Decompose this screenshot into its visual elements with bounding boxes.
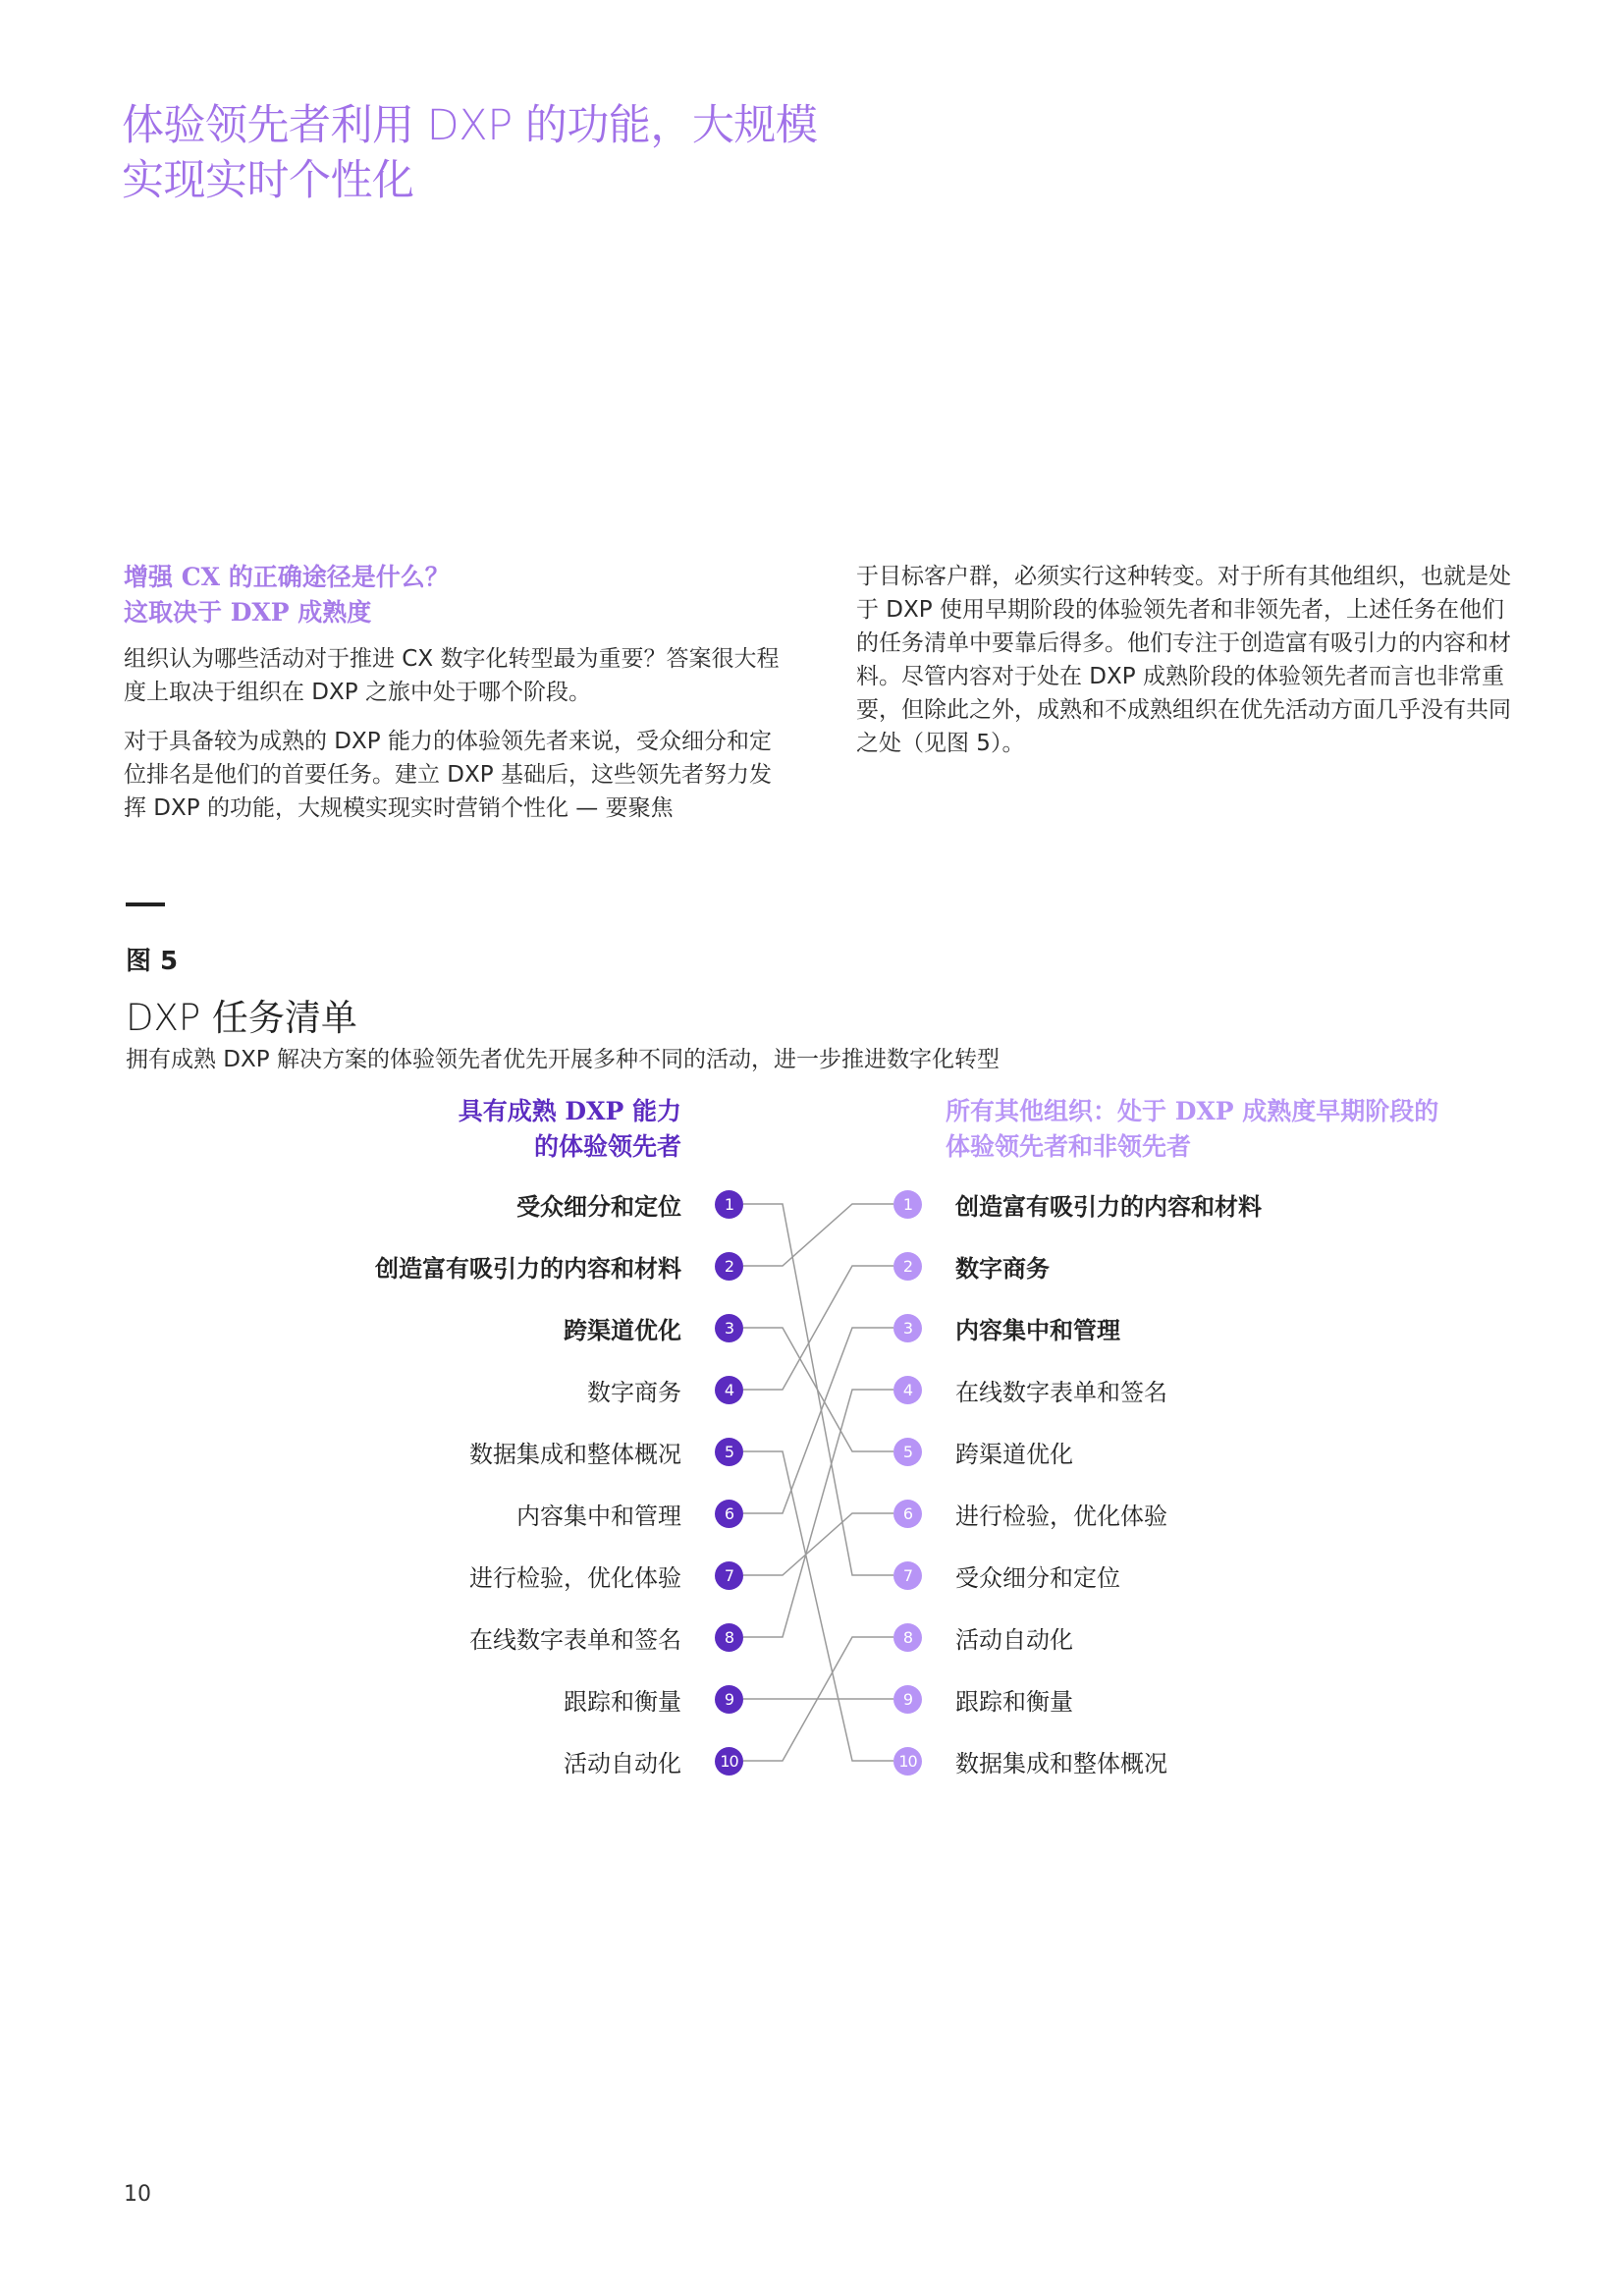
rank-item-label: 数据集成和整体概况 (469, 1435, 681, 1469)
other-rank-item: 6进行检验，优化体验 (893, 1494, 1167, 1533)
other-rank-item: 1创造富有吸引力的内容和材料 (893, 1184, 1262, 1224)
rank-number-badge: 10 (715, 1747, 743, 1776)
connector-line (743, 1451, 893, 1761)
rank-item-label: 进行检验，优化体验 (955, 1497, 1167, 1531)
rank-number-badge: 5 (893, 1438, 922, 1466)
rank-number-badge: 6 (715, 1500, 743, 1528)
mature-rank-item: 活动自动化10 (564, 1741, 743, 1780)
rank-number-badge: 7 (893, 1561, 922, 1590)
rank-number-badge: 7 (715, 1561, 743, 1590)
rank-number-badge: 6 (893, 1500, 922, 1528)
connector-line (743, 1328, 893, 1513)
rank-item-label: 跟踪和衡量 (564, 1682, 681, 1717)
mature-rank-item: 进行检验，优化体验7 (469, 1556, 743, 1595)
rank-number-badge: 2 (715, 1252, 743, 1281)
rank-number-badge: 5 (715, 1438, 743, 1466)
other-rank-item: 8活动自动化 (893, 1617, 1073, 1657)
mature-rank-item: 数据集成和整体概况5 (469, 1432, 743, 1471)
rank-item-label: 数字商务 (955, 1249, 1050, 1284)
rank-number-badge: 1 (715, 1190, 743, 1219)
rank-item-label: 受众细分和定位 (955, 1558, 1120, 1593)
ranking-connector-lines (0, 0, 1623, 2296)
other-rank-item: 10数据集成和整体概况 (893, 1741, 1167, 1780)
rank-item-label: 进行检验，优化体验 (469, 1558, 681, 1593)
rank-number-badge: 9 (893, 1685, 922, 1714)
rank-item-label: 在线数字表单和签名 (955, 1373, 1167, 1407)
mature-rank-item: 跨渠道优化3 (564, 1308, 743, 1347)
connector-line (743, 1513, 893, 1575)
rank-item-label: 受众细分和定位 (516, 1187, 681, 1222)
rank-item-label: 活动自动化 (955, 1620, 1073, 1655)
mature-rank-item: 数字商务4 (587, 1370, 743, 1409)
rank-item-label: 数字商务 (587, 1373, 681, 1407)
other-rank-item: 3内容集中和管理 (893, 1308, 1120, 1347)
other-rank-item: 9跟踪和衡量 (893, 1679, 1073, 1719)
other-rank-item: 7受众细分和定位 (893, 1556, 1120, 1595)
rank-item-label: 创造富有吸引力的内容和材料 (375, 1249, 681, 1284)
rank-number-badge: 9 (715, 1685, 743, 1714)
other-rank-item: 4在线数字表单和签名 (893, 1370, 1167, 1409)
rank-item-label: 跨渠道优化 (564, 1311, 681, 1345)
mature-rank-item: 在线数字表单和签名8 (469, 1617, 743, 1657)
mature-rank-item: 跟踪和衡量9 (564, 1679, 743, 1719)
rank-item-label: 数据集成和整体概况 (955, 1744, 1167, 1778)
rank-number-badge: 2 (893, 1252, 922, 1281)
rank-item-label: 创造富有吸引力的内容和材料 (955, 1187, 1262, 1222)
connector-line (743, 1204, 893, 1266)
rank-number-badge: 10 (893, 1747, 922, 1776)
rank-item-label: 在线数字表单和签名 (469, 1620, 681, 1655)
mature-rank-item: 创造富有吸引力的内容和材料2 (375, 1246, 743, 1285)
rank-item-label: 跨渠道优化 (955, 1435, 1073, 1469)
mature-rank-item: 受众细分和定位1 (516, 1184, 743, 1224)
rank-item-label: 跟踪和衡量 (955, 1682, 1073, 1717)
rank-number-badge: 3 (715, 1314, 743, 1342)
rank-number-badge: 8 (715, 1623, 743, 1652)
rank-item-label: 内容集中和管理 (955, 1311, 1120, 1345)
rank-number-badge: 1 (893, 1190, 922, 1219)
rank-number-badge: 4 (715, 1376, 743, 1404)
rank-number-badge: 4 (893, 1376, 922, 1404)
page-number: 10 (124, 2182, 151, 2207)
rank-item-label: 活动自动化 (564, 1744, 681, 1778)
rank-number-badge: 3 (893, 1314, 922, 1342)
other-rank-item: 2数字商务 (893, 1246, 1050, 1285)
rank-item-label: 内容集中和管理 (516, 1497, 681, 1531)
mature-rank-item: 内容集中和管理6 (516, 1494, 743, 1533)
other-rank-item: 5跨渠道优化 (893, 1432, 1073, 1471)
rank-number-badge: 8 (893, 1623, 922, 1652)
